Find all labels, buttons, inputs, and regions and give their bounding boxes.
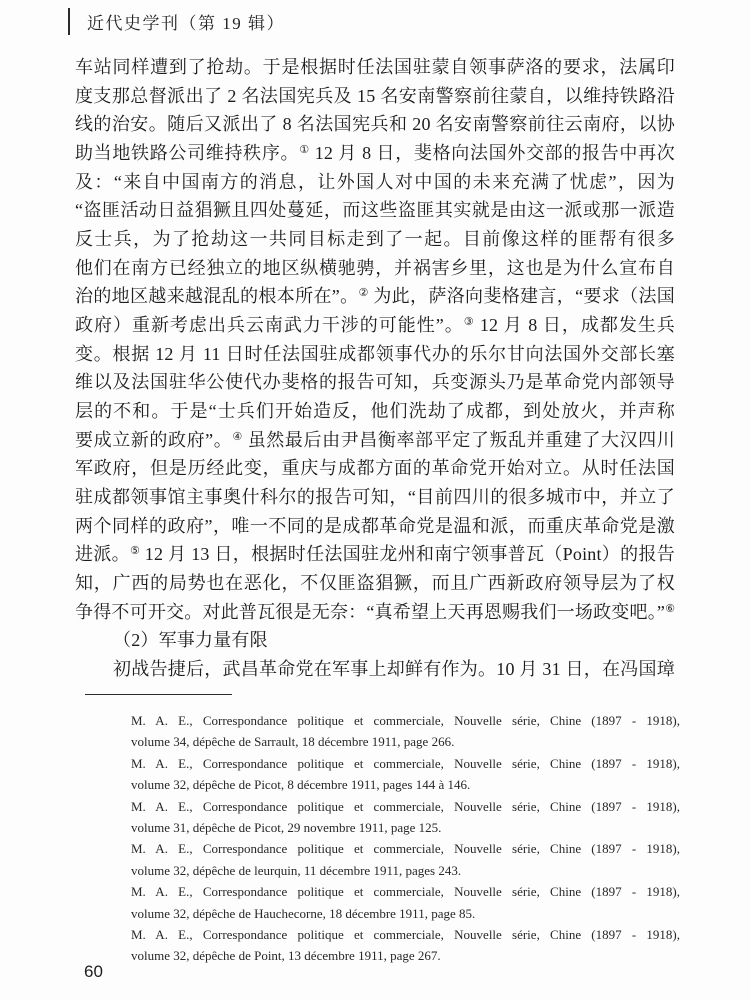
running-header: 近代史学刊（第 19 辑） bbox=[68, 6, 285, 36]
page-number: 60 bbox=[84, 962, 103, 982]
body-line: “盗匪活动日益猖獗且四处蔓延，而这些盗匪其实就是由这一派或那一派造 bbox=[75, 196, 675, 225]
body-line: 知，广西的局势也在恶化，不仅匪盗猖獗，而且广西新政府领导层为了权力 bbox=[75, 569, 675, 598]
body-line: 度支那总督派出了 2 名法国宪兵及 15 名安南警察前往蒙自，以维持铁路沿 bbox=[75, 82, 675, 111]
body-line: 军政府，但是历经此变，重庆与成都方面的革命党开始对立。从时任法国 bbox=[75, 454, 675, 483]
footnote-separator bbox=[85, 694, 232, 695]
body-line: 要成立新的政府”。④ 虽然最后由尹昌衡率部平定了叛乱并重建了大汉四川 bbox=[75, 426, 675, 455]
body-line: 维以及法国驻华公使代办斐格的报告可知，兵变源头乃是革命党内部领导 bbox=[75, 368, 675, 397]
body-line: 线的治安。随后又派出了 8 名法国宪兵和 20 名安南警察前往云南府，以协 bbox=[75, 110, 675, 139]
body-text: 车站同样遭到了抢劫。于是根据时任法国驻蒙自领事萨洛的要求，法属印度支那总督派出了… bbox=[75, 53, 675, 684]
body-line: 助当地铁路公司维持秩序。① 12 月 8 日，斐格向法国外交部的报告中再次提 bbox=[75, 139, 675, 168]
footnote-item: ①M. A. E., Correspondance politique et c… bbox=[131, 710, 680, 753]
body-line: 治的地区越来越混乱的根本所在”。② 为此，萨洛向斐格建言，“要求（法国 bbox=[75, 282, 675, 311]
journal-title: 近代史学刊（第 19 辑） bbox=[87, 9, 285, 34]
header-divider-bar bbox=[68, 8, 70, 35]
body-line: 他们在南方已经独立的地区纵横驰骋，并祸害乡里，这也是为什么宣布自 bbox=[75, 254, 675, 283]
body-line: 车站同样遭到了抢劫。于是根据时任法国驻蒙自领事萨洛的要求，法属印 bbox=[75, 53, 675, 82]
footnote-line: volume 34, dépêche de Sarrault, 18 décem… bbox=[131, 731, 680, 752]
body-line: 驻成都领事馆主事奥什科尔的报告可知，“目前四川的很多城市中，并立了 bbox=[75, 483, 675, 512]
body-line: 两个同样的政府”，唯一不同的是成都革命党是温和派，而重庆革命党是激 bbox=[75, 512, 675, 541]
footnote-item: ⑤M. A. E., Correspondance politique et c… bbox=[131, 881, 680, 924]
footnote-ref: ② bbox=[358, 286, 368, 299]
footnote-item: ②M. A. E., Correspondance politique et c… bbox=[131, 753, 680, 796]
footnote-ref: ⑥ bbox=[665, 602, 675, 615]
footnote-ref: ⑤ bbox=[130, 544, 140, 557]
body-line: 及：“来自中国南方的消息，让外国人对中国的未来充满了忧虑”，因为 bbox=[75, 168, 675, 197]
footnote-line: volume 31, dépêche de Picot, 29 novembre… bbox=[131, 817, 680, 838]
footnote-ref: ③ bbox=[464, 315, 475, 328]
footnote-item: ③M. A. E., Correspondance politique et c… bbox=[131, 796, 680, 839]
footnote-line: volume 32, dépêche de Hauchecorne, 18 dé… bbox=[131, 903, 680, 924]
footnote-line: ⑤M. A. E., Correspondance politique et c… bbox=[131, 881, 680, 902]
body-line: 初战告捷后，武昌革命党在军事上却鲜有作为。10 月 31 日，在冯国璋 bbox=[75, 655, 675, 684]
body-line: 政府）重新考虑出兵云南武力干涉的可能性”。③ 12 月 8 日，成都发生兵 bbox=[75, 311, 675, 340]
footnote-line: ②M. A. E., Correspondance politique et c… bbox=[131, 753, 680, 774]
footnote-ref: ① bbox=[299, 143, 309, 156]
body-line: 争得不可开交。对此普瓦很是无奈：“真希望上天再恩赐我们一场政变吧。”⑥ bbox=[75, 598, 675, 627]
body-line: 反士兵，为了抢劫这一共同目标走到了一起。目前像这样的匪帮有很多支， bbox=[75, 225, 675, 254]
footnote-item: ⑥M. A. E., Correspondance politique et c… bbox=[131, 924, 680, 967]
body-line: 变。根据 12 月 11 日时任法国驻成都领事代办的乐尔甘向法国外交部长塞尔 bbox=[75, 340, 675, 369]
document-page: 近代史学刊（第 19 辑） 车站同样遭到了抢劫。于是根据时任法国驻蒙自领事萨洛的… bbox=[0, 0, 750, 1000]
footnote-line: ①M. A. E., Correspondance politique et c… bbox=[131, 710, 680, 731]
body-line: 层的不和。于是“士兵们开始造反，他们洗劫了成都，到处放火，并声称 bbox=[75, 397, 675, 426]
footnote-item: ④M. A. E., Correspondance politique et c… bbox=[131, 838, 680, 881]
footnote-line: ③M. A. E., Correspondance politique et c… bbox=[131, 796, 680, 817]
footnote-line: volume 32, dépêche de Point, 13 décembre… bbox=[131, 945, 680, 966]
body-line: （2）军事力量有限 bbox=[75, 626, 675, 655]
footnote-line: volume 32, dépêche de leurquin, 11 décem… bbox=[131, 860, 680, 881]
footnote-line: ④M. A. E., Correspondance politique et c… bbox=[131, 838, 680, 859]
footnote-ref: ④ bbox=[232, 430, 242, 443]
body-line: 进派。⑤ 12 月 13 日，根据时任法国驻龙州和南宁领事普瓦（Point）的报… bbox=[75, 540, 675, 569]
footnote-line: volume 32, dépêche de Picot, 8 décembre … bbox=[131, 774, 680, 795]
footnotes-section: ①M. A. E., Correspondance politique et c… bbox=[131, 710, 680, 967]
footnote-line: ⑥M. A. E., Correspondance politique et c… bbox=[131, 924, 680, 945]
